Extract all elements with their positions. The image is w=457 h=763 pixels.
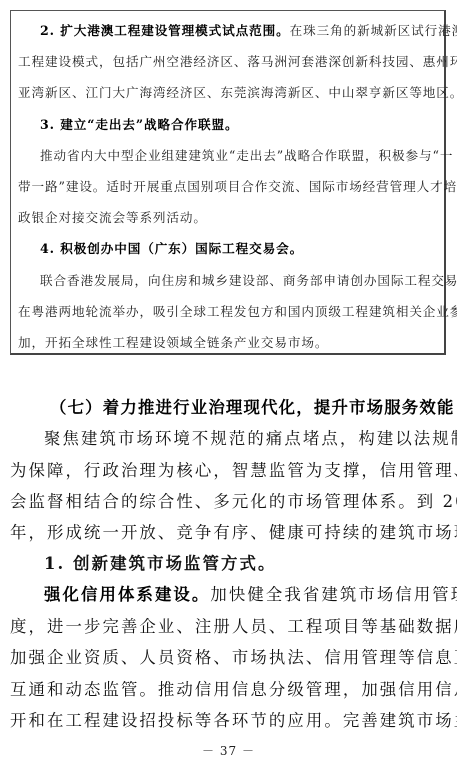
sub-line-5: 开和在工程建设招投标等各环节的应用。完善建筑市场主体 — [10, 710, 450, 732]
page-number: － 37 － — [0, 742, 457, 759]
item2-line-2: 工程建设模式，包括广州空港经济区、落马洲河套港深创新科技园、惠州环大 — [18, 54, 438, 70]
para-line-4: 年，形成统一开放、竞争有序、健康可持续的建筑市场环境。 — [10, 522, 450, 544]
section-heading: （七）着力推进行业治理现代化，提升市场服务效能 — [50, 397, 455, 419]
item3-line-3: 政银企对接交流会等系列活动。 — [18, 210, 438, 226]
item4-line-1: 联合香港发展局，向住房和城乡建设部、商务部申请创办国际工程交易会， — [40, 273, 438, 289]
item4-line-3: 加，开拓全球性工程建设领域全链条产业交易市场。 — [18, 335, 438, 351]
para-line-2: 为保障，行政治理为核心，智慧监管为支撑，信用管理、社 — [10, 460, 450, 482]
item2-line-3: 亚湾新区、江门大广海湾经济区、东莞滨海湾新区、中山翠亨新区等地区。 — [18, 85, 438, 101]
subsection-title: 1. 创新建筑市场监管方式。 — [44, 553, 457, 575]
item2-title: 2. 扩大港澳工程建设管理模式试点范围。 — [40, 23, 290, 38]
para-line-3: 会监督相结合的综合性、多元化的市场管理体系。到 2025 — [10, 491, 450, 513]
sub-line-2: 度，进一步完善企业、注册人员、工程项目等基础数据库， — [10, 616, 450, 638]
para-line-1: 聚焦建筑市场环境不规范的痛点堵点，构建以法规制度 — [44, 428, 457, 450]
item3-line-1: 推动省内大中型企业组建建筑业“走出去”战略合作联盟，积极参与“一 — [40, 148, 438, 164]
item3-title: 3. 建立“走出去”战略合作联盟。 — [40, 117, 438, 133]
sub-line-1: 强化信用体系建设。加快健全我省建筑市场信用管理制 — [44, 584, 457, 606]
sub-line-3: 加强企业资质、人员资格、市场执法、信用管理等信息互联 — [10, 647, 450, 669]
item4-line-2: 在粤港两地轮流举办，吸引全球工程发包方和国内顶级工程建筑相关企业参 — [18, 304, 438, 320]
sub-lead: 强化信用体系建设。 — [44, 585, 210, 604]
item3-line-2: 带一路”建设。适时开展重点国别项目合作交流、国际市场经营管理人才培训、 — [18, 179, 438, 195]
item4-title: 4. 积极创办中国（广东）国际工程交易会。 — [40, 241, 438, 257]
item2-line-1: 2. 扩大港澳工程建设管理模式试点范围。在珠三角的新城新区试行港澳 — [40, 23, 438, 39]
sub-line-4: 互通和动态监管。推动信用信息分级管理，加强信用信息公 — [10, 679, 450, 701]
